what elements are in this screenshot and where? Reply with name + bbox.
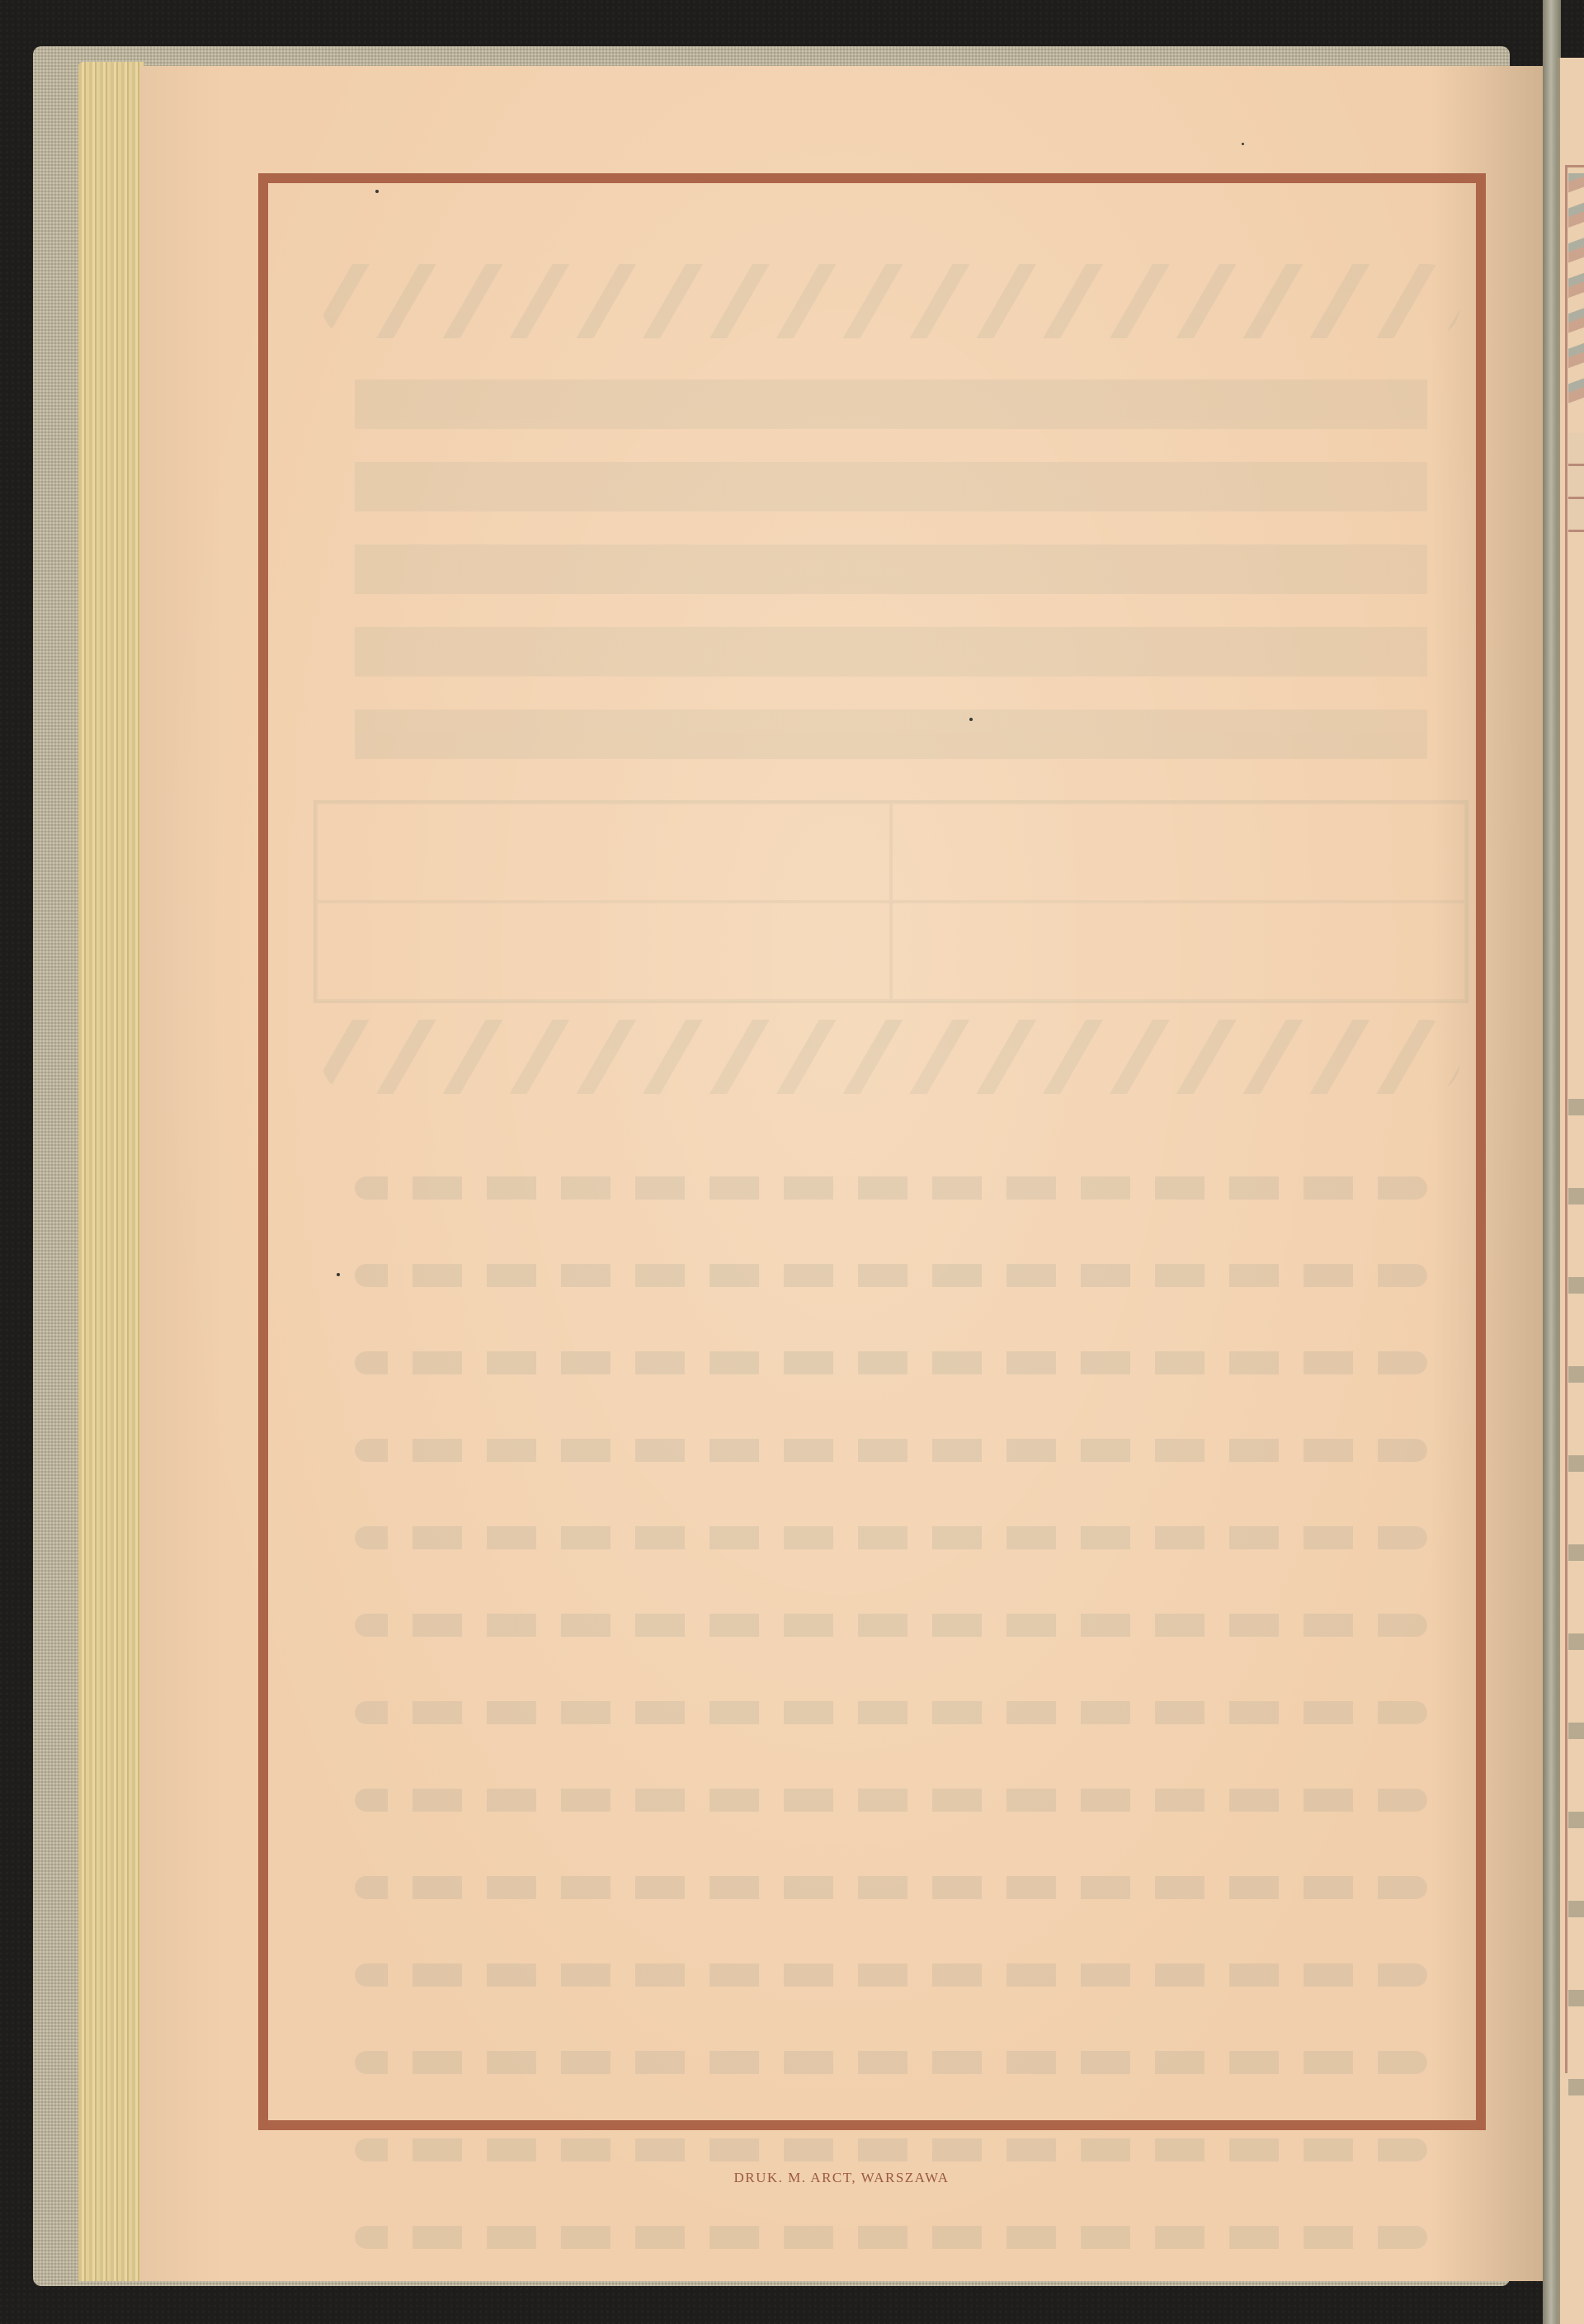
page-block-edges <box>78 62 144 2281</box>
paper-speck <box>1242 143 1244 145</box>
page-border-frame <box>258 173 1486 2130</box>
adjacent-page-handwriting <box>1568 1056 1584 2128</box>
adjacent-page-edge <box>1558 58 1584 2324</box>
adjacent-page-label-boxes <box>1568 433 1584 532</box>
printer-imprint: DRUK. M. ARCT, WARSZAWA <box>140 2170 1543 2186</box>
paper-speck <box>969 718 973 721</box>
adjacent-page-ornament <box>1568 173 1584 412</box>
paper-speck <box>375 190 379 193</box>
book-page: DRUK. M. ARCT, WARSZAWA <box>140 66 1543 2281</box>
paper-speck <box>337 1273 340 1276</box>
